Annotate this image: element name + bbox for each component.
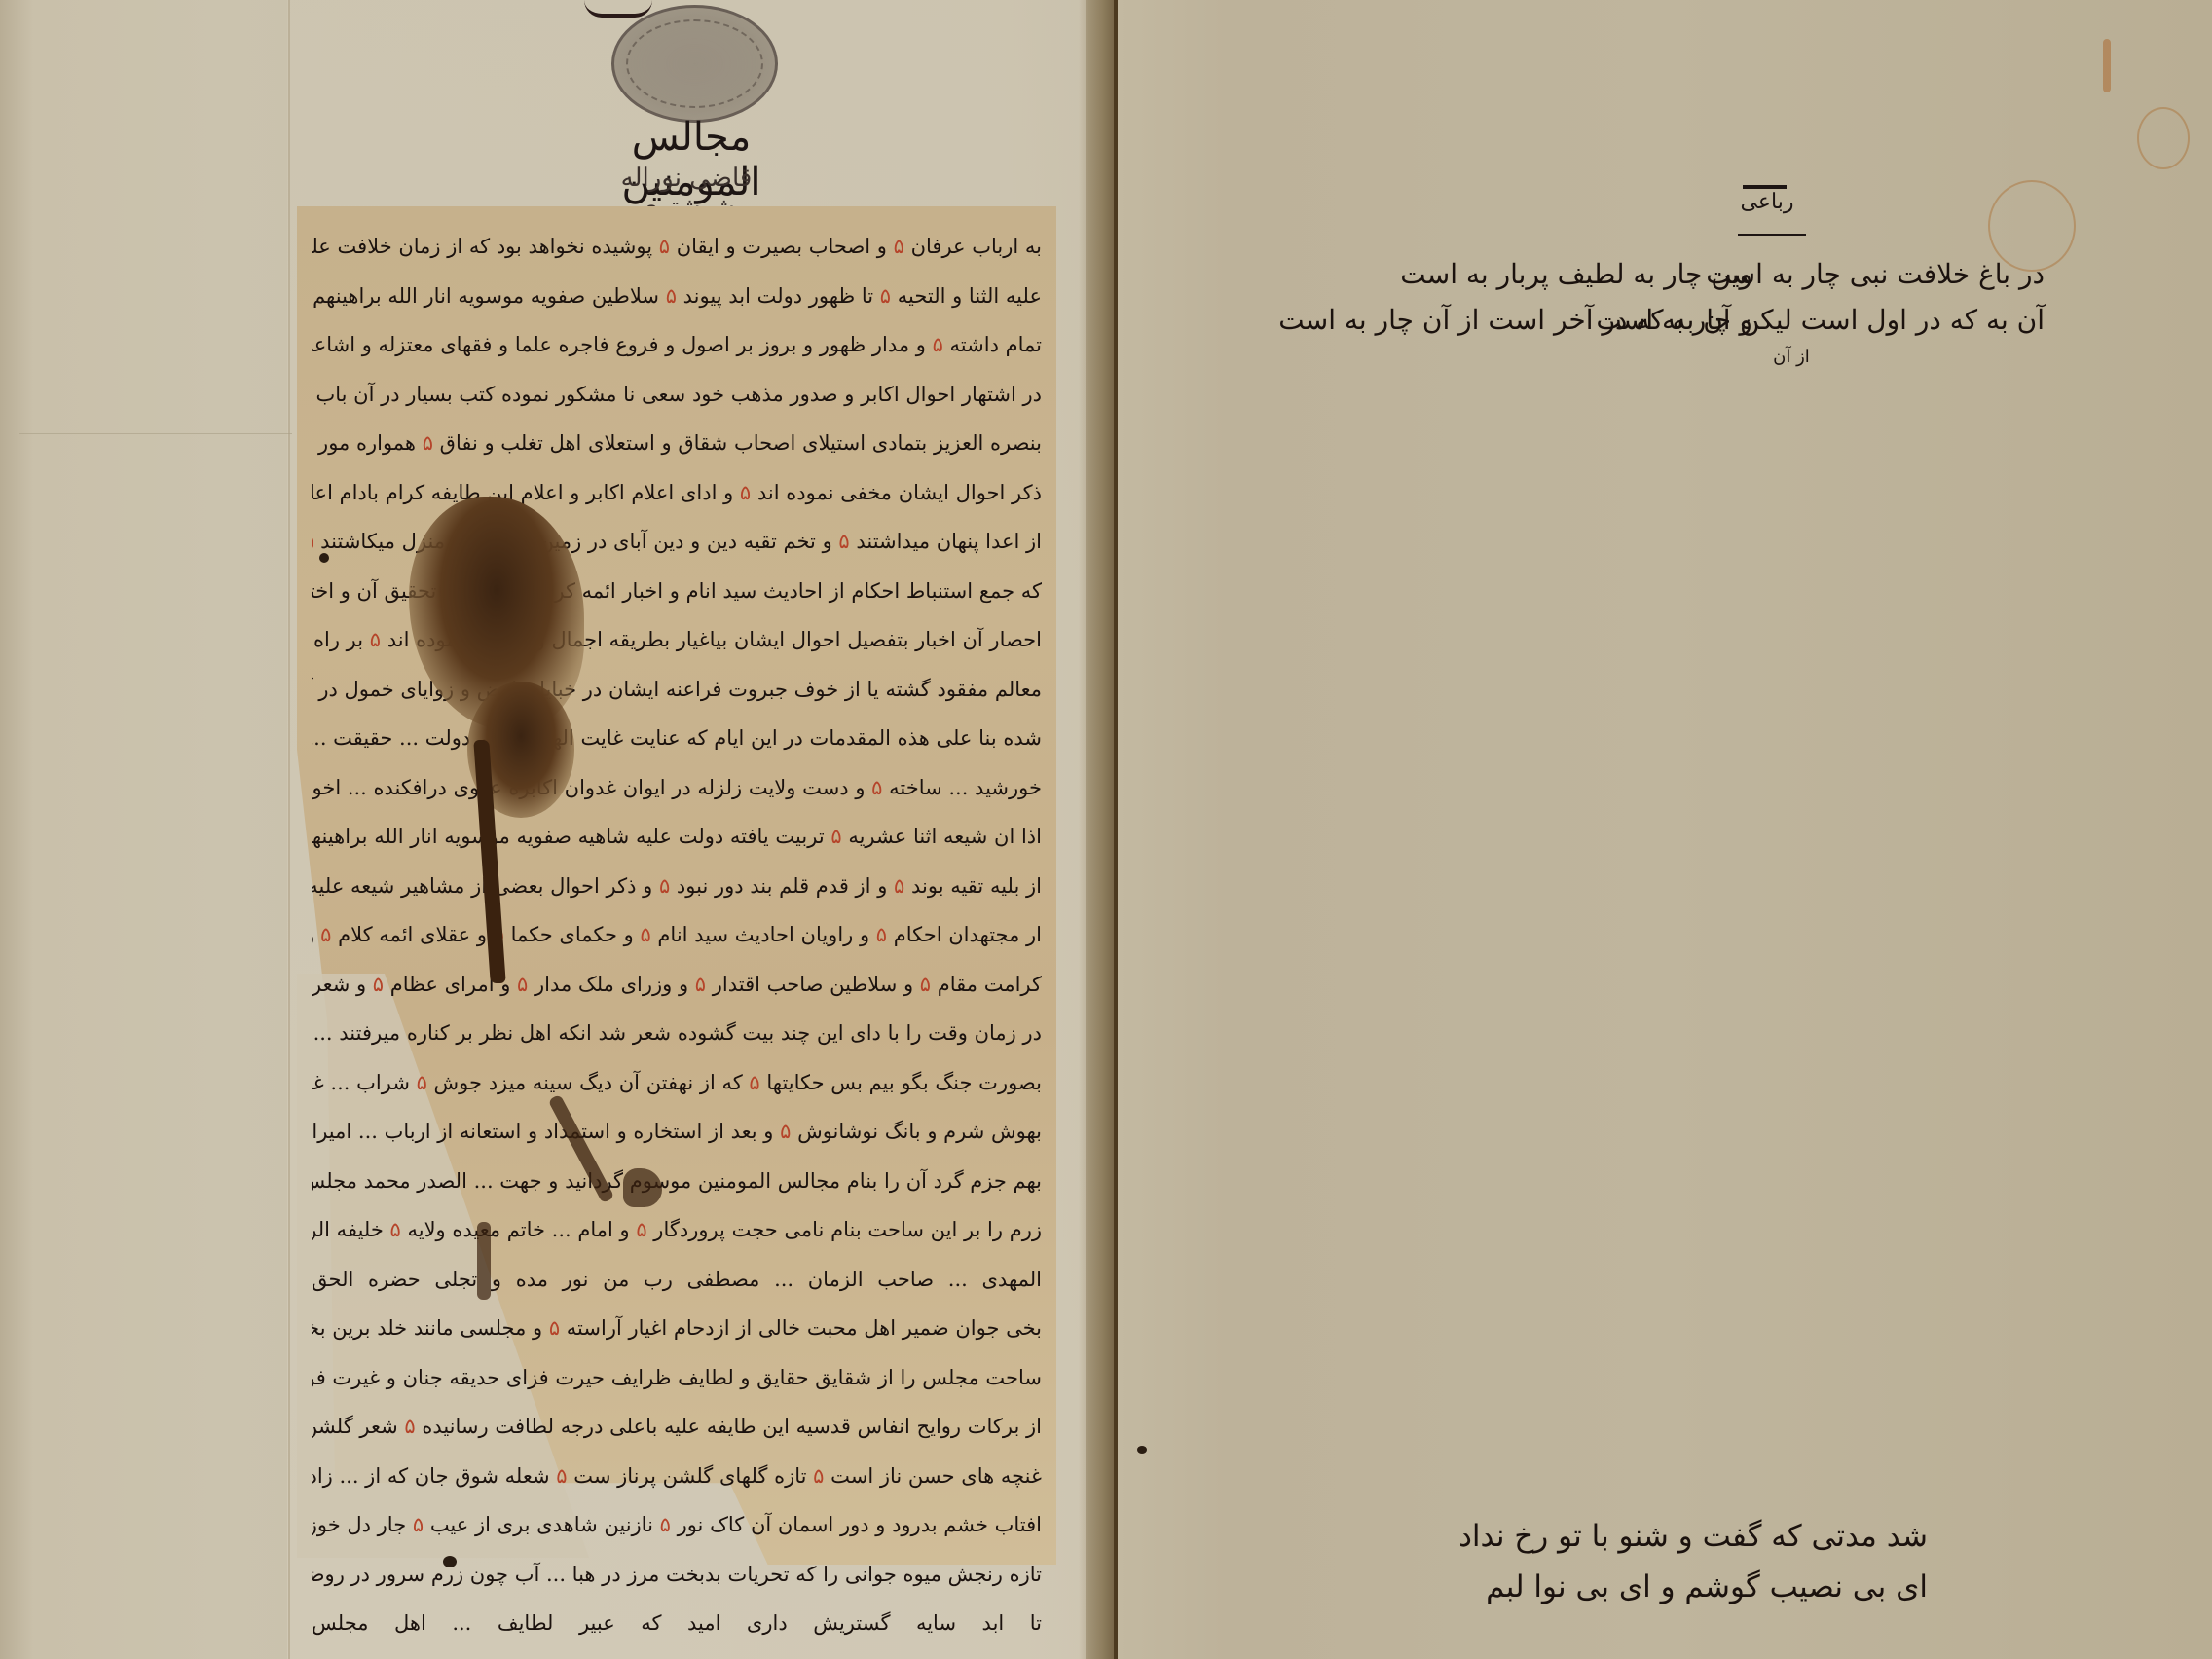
text-line: المهدی ... صاحب الزمان ... مصطفی رب من ن… xyxy=(312,1255,1042,1305)
rubric-mark: ۵ xyxy=(556,1464,567,1488)
text-line: خورشید ... ساخته ۵ و دست ولایت زلزله در … xyxy=(312,763,1042,813)
verse-line: آن به که در اول است لیکن چار به است xyxy=(1752,304,2045,336)
rubric-mark: ۵ xyxy=(320,923,331,946)
rubric-mark: ۵ xyxy=(636,1218,646,1241)
text-line: از برکات روایح انفاس قدسیه این طایفه علی… xyxy=(312,1402,1042,1452)
verse-line: در باغ خلافت نبی چار به است xyxy=(1762,258,2045,290)
text-line: ذکر احوال ایشان مخفی نموده اند ۵ و ادای … xyxy=(312,468,1042,518)
verse-gloss: از آن xyxy=(1752,347,1830,367)
text-line: به ارباب عرفان ۵ و اصحاب بصیرت و ایقان ۵… xyxy=(312,222,1042,272)
text-line: تمام داشته ۵ و مدار ظهور و بروز بر اصول … xyxy=(312,320,1042,370)
verse-line: و آن به که در آخر است از آن چار به است xyxy=(1470,304,1752,336)
rubric-mark: ۵ xyxy=(933,333,943,356)
text-line: از بلیه تقیه بوند ۵ و از قدم قلم بند دور… xyxy=(312,862,1042,911)
text-line: بصورت جنگ بگو بیم بس حکایتها ۵ که از نهف… xyxy=(312,1058,1042,1108)
rubric-mark: ۵ xyxy=(659,235,670,258)
rubric-mark: ۵ xyxy=(894,874,904,898)
heading-underline xyxy=(1738,234,1806,236)
rubric-mark: ۵ xyxy=(404,1415,415,1438)
rubric-mark: ۵ xyxy=(749,1071,759,1094)
rubric-mark: ۵ xyxy=(660,1513,671,1536)
ink-stroke-top xyxy=(584,0,652,18)
tear-lower xyxy=(623,1168,662,1207)
rubric-mark: ۵ xyxy=(871,776,882,799)
text-line: بخی جوان ضمیر اهل محبت خالی از ازدحام اغ… xyxy=(312,1304,1042,1353)
seal-stamp-icon xyxy=(611,5,778,123)
text-line: غنچه های حسن ناز است ۵ تازه گلهای گلشن پ… xyxy=(312,1452,1042,1501)
rubric-mark: ۵ xyxy=(813,1464,824,1488)
rubric-mark: ۵ xyxy=(876,923,887,946)
text-line: بهم جزم گرد آن را بنام مجالس المومنین مو… xyxy=(312,1157,1042,1206)
text-line: کرامت مقام ۵ و سلاطین صاحب اقتدار ۵ و وز… xyxy=(312,960,1042,1010)
rubric-mark: ۵ xyxy=(838,530,849,553)
rubric-mark: ۵ xyxy=(740,481,751,504)
text-line: اذا ان شیعه اثنا عشریه ۵ تربیت یافته دول… xyxy=(312,812,1042,862)
water-stain xyxy=(2137,107,2190,169)
rubric-mark: ۵ xyxy=(830,825,841,848)
ink-spot xyxy=(443,1556,457,1567)
rubric-mark: ۵ xyxy=(920,973,931,996)
rubric-mark: ۵ xyxy=(880,284,891,308)
text-line: شده بنا علی هذه المقدمات در این ایام که … xyxy=(312,714,1042,763)
right-page-heading: رباعی xyxy=(1723,190,1811,214)
text-line: علیه الثنا و التحیه ۵ تا ظهور دولت ابد پ… xyxy=(312,272,1042,321)
rubric-mark: ۵ xyxy=(423,431,433,455)
text-line: در زمان وقت را با دای این چند بیت گشوده … xyxy=(312,1009,1042,1058)
spine-shadow xyxy=(1079,0,1118,1659)
text-line: ساحت مجلس را از شقایق حقایق و لطایف ظرای… xyxy=(312,1353,1042,1403)
ink-spot xyxy=(319,553,329,563)
text-line: بهوش شرم و بانگ نوشانوش ۵ و بعد از استخا… xyxy=(312,1107,1042,1157)
text-line: ار مجتهدان احکام ۵ و راویان احادیث سید ا… xyxy=(312,910,1042,960)
manuscript-spread: مجالس المومنین قاضی نوراله شوشتری به ارب… xyxy=(0,0,2212,1659)
rubric-mark: ۵ xyxy=(517,973,528,996)
verse-line: وین چار به لطیف پربار به است xyxy=(1470,258,1752,290)
rubric-mark: ۵ xyxy=(894,235,904,258)
text-line: در اشتهار احوال اکابر و صدور مذهب خود سع… xyxy=(312,370,1042,420)
text-line: بنصره العزیز بتمادی استیلای اصحاب شقاق و… xyxy=(312,419,1042,468)
rubric-mark: ۵ xyxy=(695,973,706,996)
rubric-mark: ۵ xyxy=(413,1513,424,1536)
rubric-mark: ۵ xyxy=(659,874,670,898)
text-line: زرم را بر این ساحت بنام نامی حجت پروردگا… xyxy=(312,1205,1042,1255)
rubric-mark: ۵ xyxy=(417,1071,427,1094)
seal-inner-ring xyxy=(626,19,763,108)
water-stain xyxy=(2103,39,2111,92)
tear-lower xyxy=(477,1222,491,1300)
rubric-mark: ۵ xyxy=(312,530,313,553)
rubric-mark: ۵ xyxy=(370,628,381,651)
leaf-edge xyxy=(288,0,290,1659)
rubric-mark: ۵ xyxy=(640,923,650,946)
bottom-verse-line: ای بی نصیب گوشم و ای بی نوا لبم xyxy=(1597,1569,1928,1604)
rubric-mark: ۵ xyxy=(780,1120,791,1143)
text-line: معالم مفقود گشته یا از خوف جبروت فراعنه … xyxy=(312,665,1042,715)
fold-crease xyxy=(19,433,292,434)
heading-ornament xyxy=(1743,185,1787,189)
rubric-mark: ۵ xyxy=(666,284,677,308)
ink-spot xyxy=(1137,1446,1147,1454)
text-line: تازه رنجش میوه جوانی را که تحریات بدبخت … xyxy=(312,1550,1042,1600)
rubric-mark: ۵ xyxy=(373,973,384,996)
bottom-verse-line: شد مدتی که گفت و شنو با تو رخ نداد xyxy=(1597,1519,1928,1554)
text-line: افتاب خشم بدرود و دور اسمان آن کاک نور ۵… xyxy=(312,1500,1042,1550)
rubric-mark: ۵ xyxy=(390,1218,401,1241)
rubric-mark: ۵ xyxy=(549,1316,560,1340)
manuscript-text-lines: به ارباب عرفان ۵ و اصحاب بصیرت و ایقان ۵… xyxy=(312,222,1042,1648)
text-line: تا ابد سایه گستریش داری امید که عبیر لطا… xyxy=(312,1599,1042,1648)
